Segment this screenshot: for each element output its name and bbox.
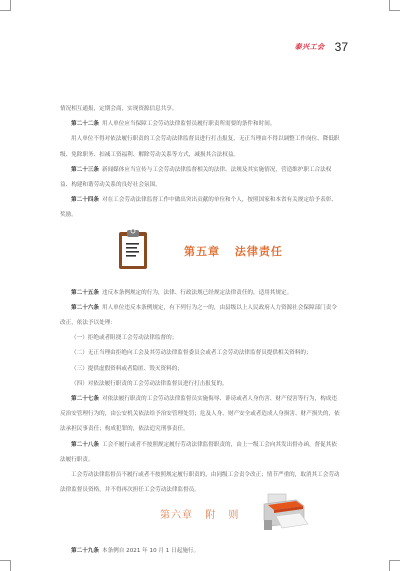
paragraph-text: 用人单位应当保障工会劳动法律监督员履行职责所需要的条件和时间。: [102, 121, 275, 127]
paragraph: （四）对依法履行职责的工会劳动法律监督员进行打击报复的。: [60, 377, 342, 392]
chapter5-title: 第五章 法律责任: [184, 244, 283, 259]
paragraph-text: 情况相互通报，定期会商，实现资源信息共享。: [60, 106, 177, 112]
clipboard-icon: [118, 228, 148, 270]
paragraph-text: （四）对依法履行职责的工会劳动法律监督员进行打击报复的。: [71, 381, 228, 387]
paragraph: 第二十六条用人单位违反本条例规定，有下列行为之一的，由县级以上人民政府人力资源社…: [60, 301, 342, 331]
chapter6-number: 第六章: [160, 510, 193, 521]
paragraph-text: （一）拒绝或者阻挠工会劳动法律监督的；: [71, 335, 177, 341]
paragraph-text: 新闻媒体应当宣传与工会劳动法律监督相关的法律、法规及其实施情况，营造维护职工合法…: [60, 167, 331, 188]
paragraph: 用人单位不得对依法履行职责的工会劳动法律监督员进行打击报复，无正当理由不得以调整…: [60, 132, 342, 162]
printer-icon: [260, 492, 310, 534]
paragraph-text: （三）提供虚假资料或者隐匿、毁灭资料的；: [71, 366, 183, 372]
paragraph: 第二十二条用人单位应当保障工会劳动法律监督员履行职责所需要的条件和时间。: [60, 117, 342, 132]
article-number: 第二十八条: [71, 442, 99, 448]
article-number: 第二十二条: [71, 121, 99, 127]
chapter5-name: 法律责任: [235, 245, 283, 258]
document-body: 情况相互通报，定期会商，实现资源信息共享。第二十二条用人单位应当保障工会劳动法律…: [60, 102, 342, 560]
paragraph-text: 用人单位违反本条例规定，有下列行为之一的，由县级以上人民政府人力资源社会保障部门…: [60, 305, 337, 326]
paragraph: 第二十七条对依法履行职责的工会劳动法律监督员实施侮辱、诽谤或者人身伤害、财产侵害…: [60, 392, 342, 438]
crop-mark-top-left: [0, 0, 11, 11]
article-number: 第二十四条: [71, 197, 99, 203]
chapter6-name-b: 则: [228, 510, 239, 521]
article-number: 第二十五条: [71, 290, 99, 296]
chapter6-name-a: 附: [205, 510, 216, 521]
paragraph: 第二十五条违反本条例规定的行为，法律、行政法规已经规定法律责任的，适用其规定。: [60, 286, 342, 301]
crop-mark-bottom-right: [389, 560, 400, 571]
paragraph: （三）提供虚假资料或者隐匿、毁灭资料的；: [60, 362, 342, 377]
crop-mark-bottom-left: [0, 560, 11, 571]
paragraph-text: 对依法履行职责的工会劳动法律监督员实施侮辱、诽谤或者人身伤害、财产侵害等行为，构…: [60, 396, 340, 432]
paragraph-text: 工会不履行或者不按照规定履行劳动法律监督职责的，由上一级工会向其发出督办函，督促…: [60, 442, 337, 463]
paragraph: （一）拒绝或者阻挠工会劳动法律监督的；: [60, 331, 342, 346]
paragraph-text: 对在工会劳动法律监督工作中做出突出贡献的单位和个人，按照国家和本省有关规定给予表…: [60, 197, 337, 218]
section-chapter5: 第二十五条违反本条例规定的行为，法律、行政法规已经规定法律责任的，适用其规定。第…: [60, 286, 342, 499]
chapter5-heading: 第五章 法律责任: [60, 224, 342, 286]
paragraph: 第二十八条工会不履行或者不按照规定履行劳动法律监督职责的，由上一级工会向其发出督…: [60, 438, 342, 468]
paragraph: 情况相互通报，定期会商，实现资源信息共享。: [60, 102, 342, 117]
page-number: 37: [335, 40, 348, 54]
paragraph: 第二十三条新闻媒体应当宣传与工会劳动法律监督相关的法律、法规及其实施情况，营造维…: [60, 163, 342, 193]
paragraph-text: 违反本条例规定的行为，法律、行政法规已经规定法律责任的，适用其规定。: [102, 290, 292, 296]
crop-mark-top-right: [389, 0, 400, 11]
chapter5-number: 第五章: [184, 245, 220, 258]
paragraph: （二）无正当理由拒绝向工会及其劳动法律监督委员会或者工会劳动法律监督员提供相关资…: [60, 346, 342, 361]
paragraph: 第二十四条对在工会劳动法律监督工作中做出突出贡献的单位和个人，按照国家和本省有关…: [60, 193, 342, 223]
chapter6-heading: 第六章 附 则: [60, 498, 342, 544]
paragraph-text: 工会劳动法律监督员不履行或者不按照规定履行职责的，由同级工会责令改正；情节严重的…: [60, 472, 340, 493]
article-number: 第二十三条: [71, 167, 99, 173]
paragraph-text: 用人单位不得对依法履行职责的工会劳动法律监督员进行打击报复，无正当理由不得以调整…: [60, 136, 340, 157]
section-before-chapter5: 情况相互通报，定期会商，实现资源信息共享。第二十二条用人单位应当保障工会劳动法律…: [60, 102, 342, 224]
brand-label: 泰兴工会: [295, 42, 325, 52]
chapter6-title: 第六章 附 则: [160, 508, 239, 523]
article-number: 第二十六条: [71, 305, 99, 311]
paragraph-text: （二）无正当理由拒绝向工会及其劳动法律监督委员会或者工会劳动法律监督员提供相关资…: [71, 350, 312, 356]
article-number: 第二十七条: [71, 396, 99, 402]
page-header: 泰兴工会 37: [295, 40, 348, 54]
